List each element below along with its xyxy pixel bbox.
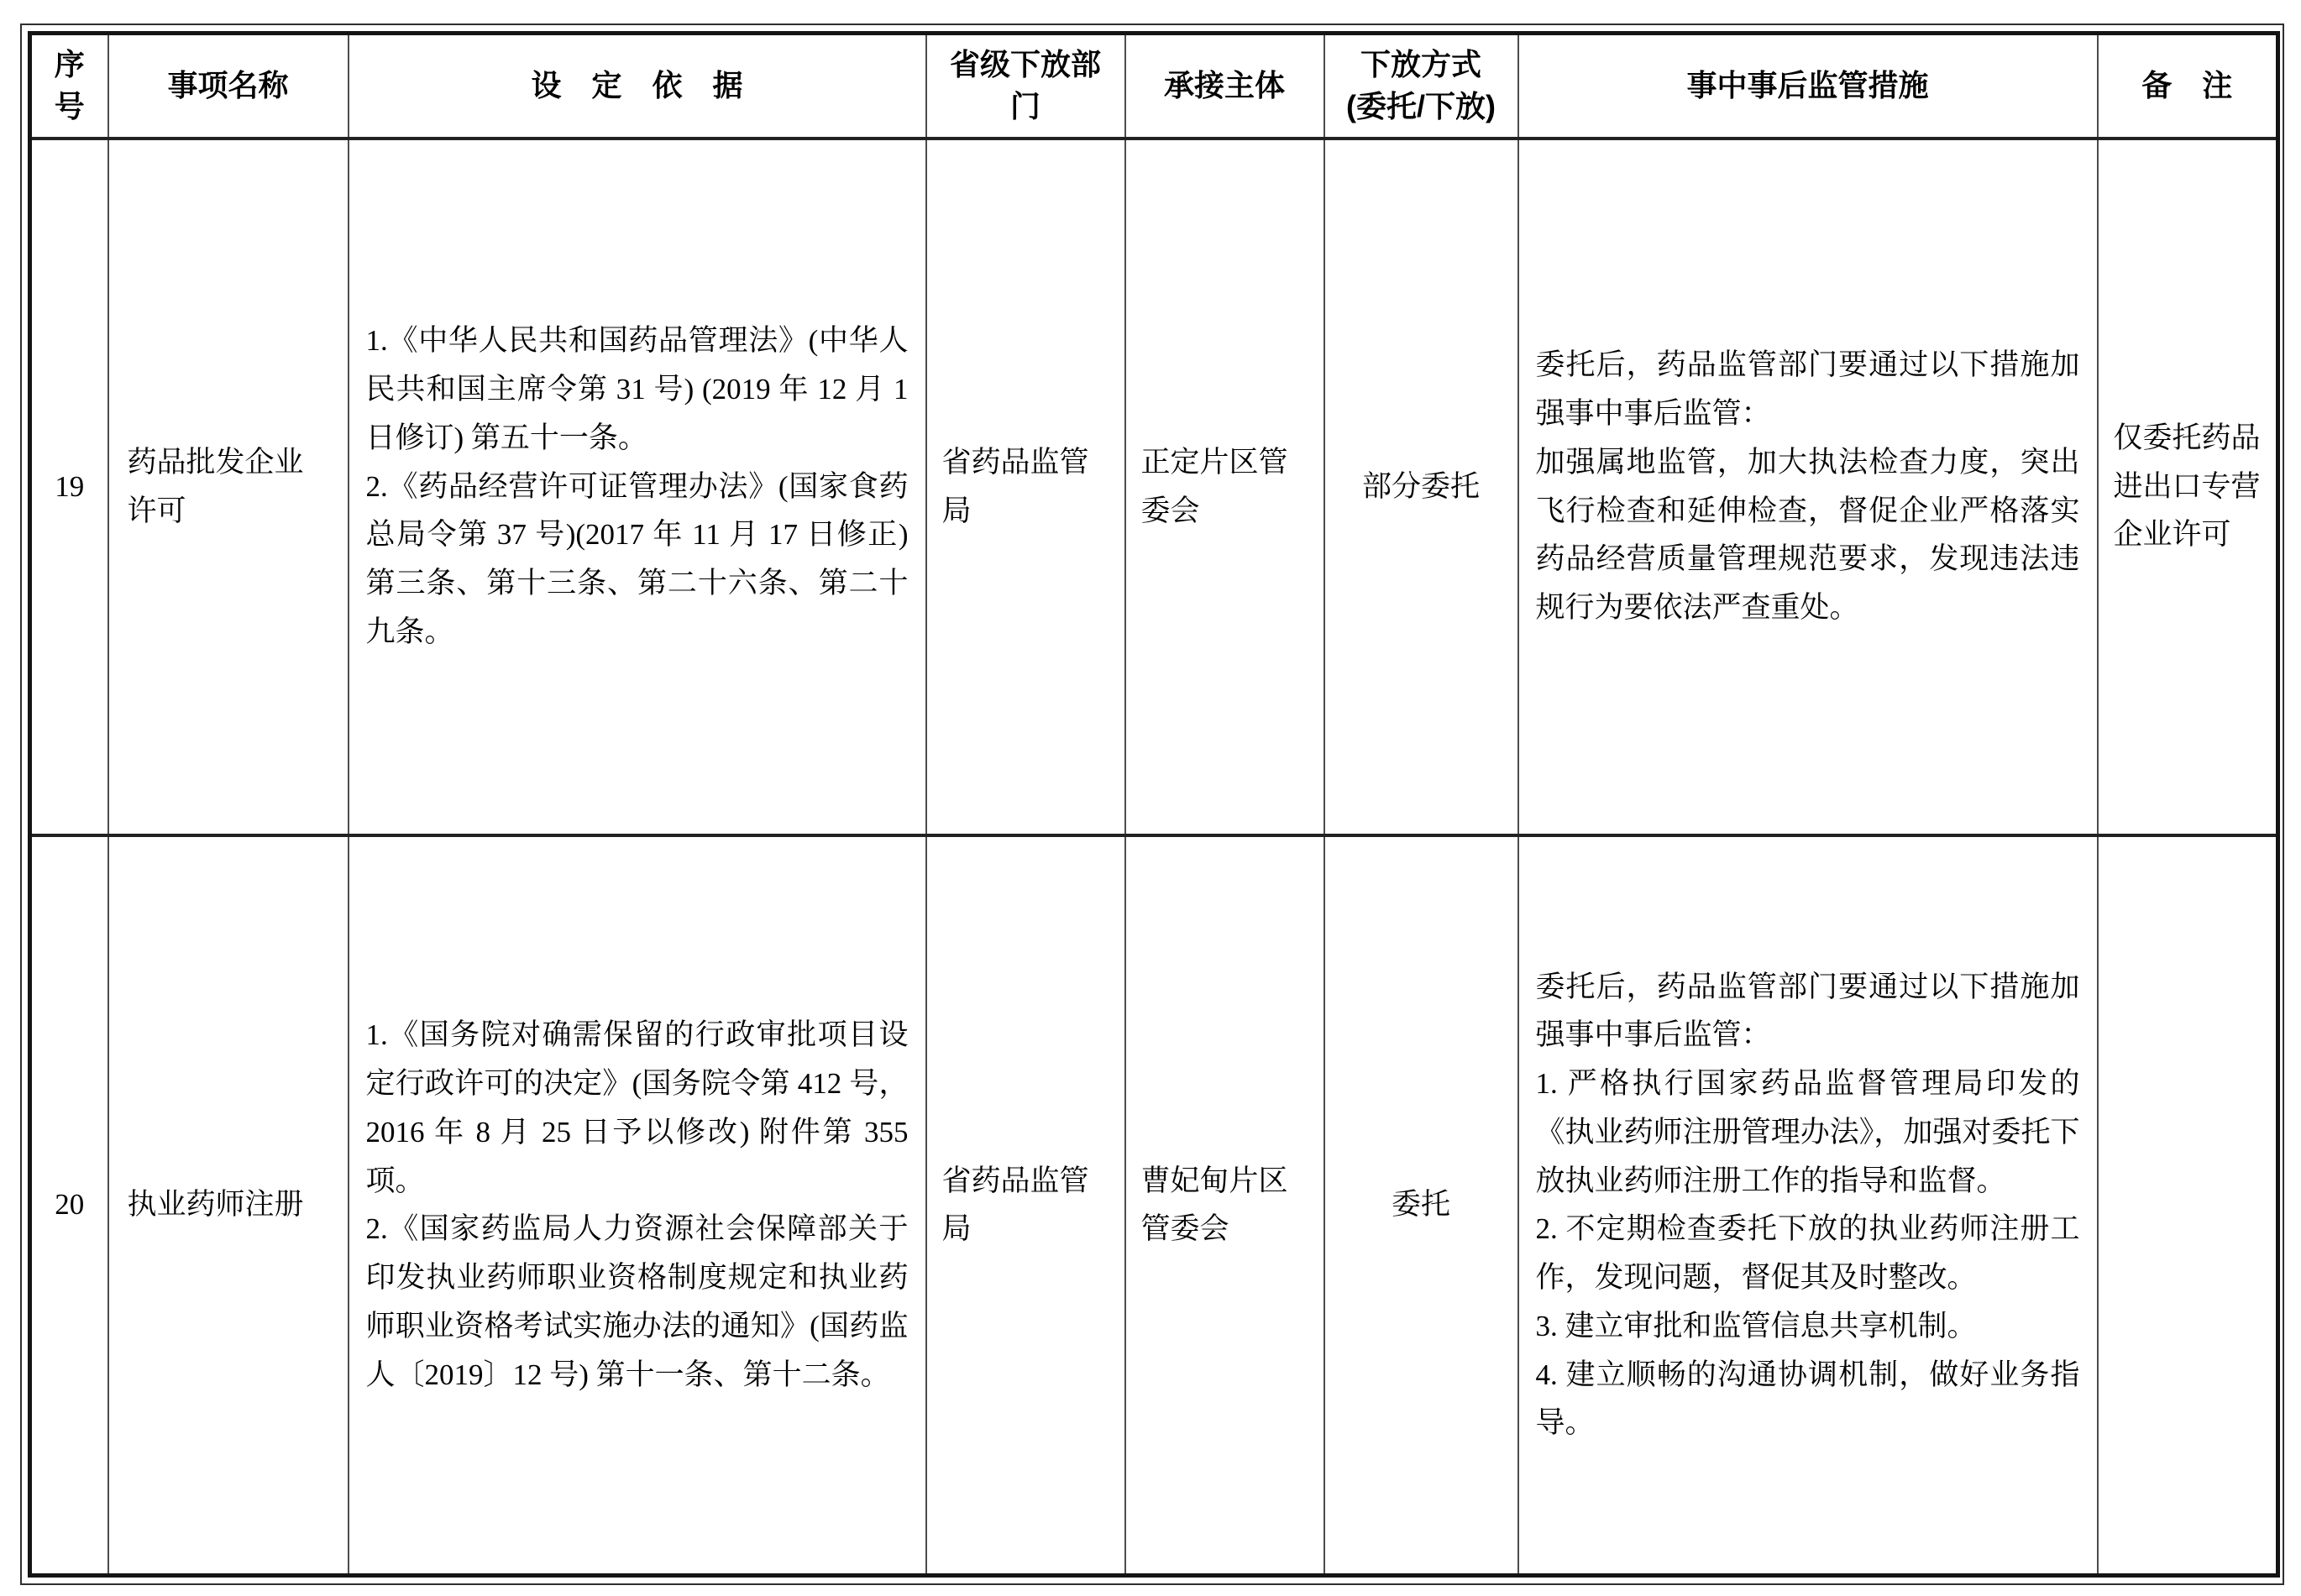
cell-basis-19: 1.《中华人民共和国药品管理法》(中华人民共和国主席令第 31 号) (2019… [349, 139, 926, 835]
header-row: 序号 事项名称 设 定 依 据 省级下放部门 承接主体 下放方式 (委托/下放)… [30, 34, 2278, 139]
header-method: 下放方式 (委托/下放) [1324, 34, 1518, 139]
cell-method-20: 委托 [1324, 835, 1518, 1576]
cell-remark-20 [2098, 835, 2278, 1576]
cell-department-20: 省药品监管局 [926, 835, 1125, 1576]
cell-item-name-19: 药品批发企业许可 [108, 139, 349, 835]
header-basis: 设 定 依 据 [349, 34, 926, 139]
cell-supervision-20: 委托后，药品监管部门要通过以下措施加强事中事后监管： 1. 严格执行国家药品监督… [1518, 835, 2098, 1576]
document-page: 序号 事项名称 设 定 依 据 省级下放部门 承接主体 下放方式 (委托/下放)… [0, 0, 2301, 1596]
header-undertaker: 承接主体 [1125, 34, 1324, 139]
table-row-19: 19 药品批发企业许可 1.《中华人民共和国药品管理法》(中华人民共和国主席令第… [30, 139, 2278, 835]
table-frame: 序号 事项名称 设 定 依 据 省级下放部门 承接主体 下放方式 (委托/下放)… [20, 24, 2284, 1585]
header-supervision: 事中事后监管措施 [1518, 34, 2098, 139]
header-seq: 序号 [30, 34, 108, 139]
delegation-items-table: 序号 事项名称 设 定 依 据 省级下放部门 承接主体 下放方式 (委托/下放)… [28, 31, 2280, 1578]
cell-seq-19: 19 [30, 139, 108, 835]
cell-item-name-20: 执业药师注册 [108, 835, 349, 1576]
cell-department-19: 省药品监管局 [926, 139, 1125, 835]
cell-supervision-19: 委托后，药品监管部门要通过以下措施加强事中事后监管： 加强属地监管，加大执法检查… [1518, 139, 2098, 835]
cell-seq-20: 20 [30, 835, 108, 1576]
cell-undertaker-20: 曹妃甸片区管委会 [1125, 835, 1324, 1576]
header-item-name: 事项名称 [108, 34, 349, 139]
header-department: 省级下放部门 [926, 34, 1125, 139]
cell-remark-19: 仅委托药品进出口专营企业许可 [2098, 139, 2278, 835]
header-remark: 备 注 [2098, 34, 2278, 139]
cell-undertaker-19: 正定片区管委会 [1125, 139, 1324, 835]
cell-method-19: 部分委托 [1324, 139, 1518, 835]
table-row-20: 20 执业药师注册 1.《国务院对确需保留的行政审批项目设定行政许可的决定》(国… [30, 835, 2278, 1576]
cell-basis-20: 1.《国务院对确需保留的行政审批项目设定行政许可的决定》(国务院令第 412 号… [349, 835, 926, 1576]
